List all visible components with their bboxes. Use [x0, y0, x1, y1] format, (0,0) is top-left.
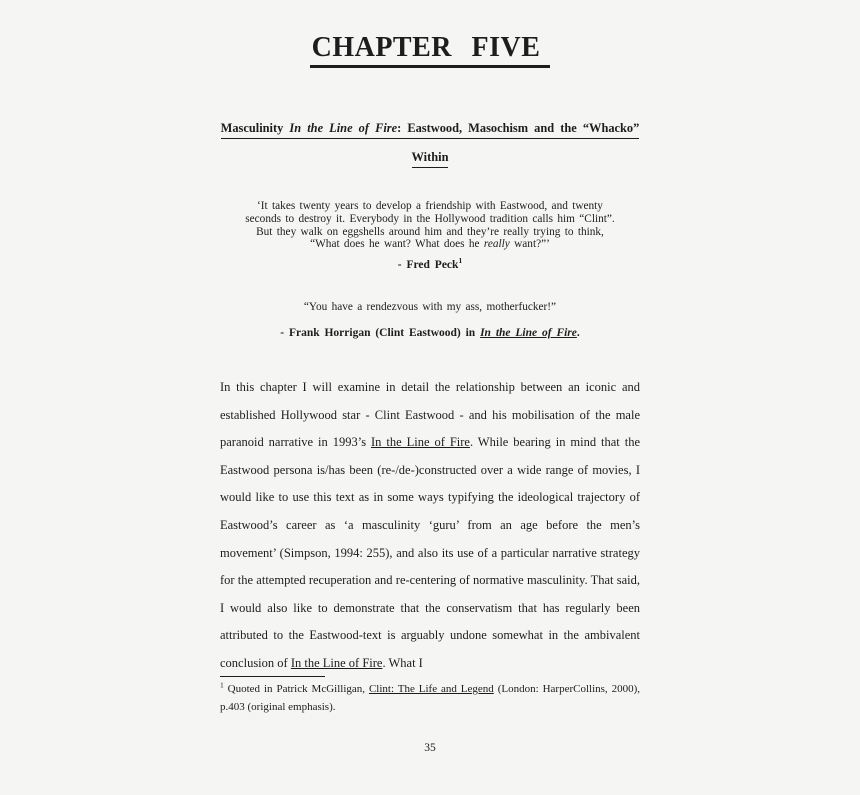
footnote-1: 1 Quoted in Patrick McGilligan, Clint: T…	[220, 681, 640, 716]
epigraph1-line-4: “What does he want? What does he really …	[220, 238, 640, 251]
footnote-1-text-a: Quoted in Patrick McGilligan,	[224, 683, 369, 695]
epigraph2-film-title: In the Line of Fire	[480, 327, 577, 339]
document-page: CHAPTER FIVE Masculinity In the Line of …	[0, 0, 860, 795]
chapter-heading-text: CHAPTER FIVE	[310, 32, 551, 68]
epigraph2-attribution: - Frank Horrigan (Clint Eastwood) in In …	[220, 327, 640, 339]
section-title-film-title: In the Line of Fire	[289, 121, 397, 135]
body-segment-3: . What I	[382, 656, 422, 670]
epigraph1-line-4b: want?”’	[510, 238, 550, 250]
epigraph1-line-4a: “What does he want? What does he	[310, 238, 484, 250]
epigraph1-line-3: But they walk on eggshells around him an…	[220, 226, 640, 239]
epigraph2-attribution-a: - Frank Horrigan (Clint Eastwood) in	[280, 327, 480, 339]
footnote-section: 1 Quoted in Patrick McGilligan, Clint: T…	[220, 676, 640, 716]
epigraph1-line-1: ‘It takes twenty years to develop a frie…	[220, 200, 640, 213]
section-title-within: Within	[412, 150, 449, 168]
section-title-part3: : Eastwood, Masochism and the “Whacko”	[397, 121, 639, 135]
epigraph2-attribution-b: .	[577, 327, 580, 339]
section-title-part1: Masculinity	[221, 121, 290, 135]
epigraph1-line-2: seconds to destroy it. Everybody in the …	[220, 213, 640, 226]
section-title-underlined: Masculinity In the Line of Fire: Eastwoo…	[221, 121, 640, 139]
section-title-line-1: Masculinity In the Line of Fire: Eastwoo…	[220, 121, 640, 136]
body-film-title-2: In the Line of Fire	[291, 656, 383, 670]
body-segment-2: . While bearing in mind that the Eastwoo…	[220, 435, 640, 670]
epigraph1-attribution: - Fred Peck1	[220, 259, 640, 271]
section-title-line-2: Within	[220, 150, 640, 165]
epigraph-quote-1: ‘It takes twenty years to develop a frie…	[220, 200, 640, 251]
body-film-title-1: In the Line of Fire	[371, 435, 470, 449]
footnote-1-book-title: Clint: The Life and Legend	[369, 683, 494, 695]
page-number: 35	[0, 742, 860, 754]
footnote-reference-marker: 1	[458, 256, 462, 265]
chapter-heading: CHAPTER FIVE	[220, 32, 640, 64]
footnote-separator-rule	[220, 676, 325, 677]
body-paragraph: In this chapter I will examine in detail…	[220, 374, 640, 678]
epigraph1-attribution-name: - Fred Peck	[398, 259, 459, 271]
epigraph1-line-4-emphasis: really	[484, 238, 510, 250]
epigraph-quote-2: “You have a rendezvous with my ass, moth…	[220, 301, 640, 313]
